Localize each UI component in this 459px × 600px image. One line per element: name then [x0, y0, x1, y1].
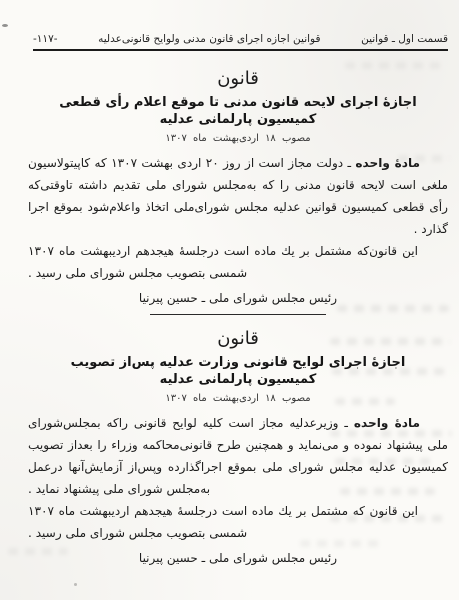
law-signature: رئیس مجلس شورای ملی ـ حسین پیرنیا — [28, 551, 448, 565]
scan-speck — [2, 24, 8, 27]
header-page-number: -۱۱۷- — [33, 33, 58, 45]
law-section-1: قانون اجازهٔ اجرای لایحه قانون مدنی تا م… — [28, 68, 448, 305]
law-signature: رئیس مجلس شورای ملی ـ حسین پیرنیا — [28, 291, 448, 305]
law-approval-date: مصوب ۱۸ اردی‌بهشت ماه ۱۳۰۷ — [28, 133, 448, 144]
law-kicker: قانون — [28, 68, 448, 89]
law-body-paragraph: مادهٔ واحده ـ دولت مجاز است از روز ۲۰ ار… — [28, 152, 448, 240]
law-body-paragraph: مادهٔ واحده ـ وزیرعدلیه مجاز است کلیه لو… — [28, 412, 448, 500]
law-closing-paragraph: این قانون‌که مشتمل بر یك ماده است درجلسه… — [28, 240, 448, 284]
law-closing-paragraph: این قانون که مشتمل بر یك ماده است درجلسه… — [28, 500, 448, 544]
page-body: قانون اجازهٔ اجرای لایحه قانون مدنی تا م… — [0, 55, 459, 565]
law-title-line2: کمیسیون پارلمانی عدلیه — [28, 371, 448, 388]
law-kicker: قانون — [28, 328, 448, 349]
scan-speck — [74, 583, 77, 586]
header-running-title: قوانین اجازه اجرای قانون مدنی ولوایح قان… — [98, 33, 320, 45]
article-lead: مادهٔ واحده — [354, 416, 420, 430]
law-approval-date: مصوب ۱۸ اردی‌بهشت ماه ۱۳۰۷ — [28, 393, 448, 404]
law-section-2: قانون اجازهٔ اجرای لوایح قانونی وزارت عد… — [28, 328, 448, 565]
law-title-line1: اجازهٔ اجرای لوایح قانونی وزارت عدلیه پس… — [28, 354, 448, 371]
section-divider — [150, 314, 326, 315]
law-title-line1: اجازهٔ اجرای لایحه قانون مدنی تا موقع اع… — [28, 94, 448, 111]
law-title-line2: کمیسیون پارلمانی عدلیه — [28, 111, 448, 128]
scanned-document-page: قسمت اول ـ قوانین قوانین اجازه اجرای قان… — [0, 0, 459, 600]
article-lead: مادهٔ واحده — [355, 156, 420, 170]
page-header: قسمت اول ـ قوانین قوانین اجازه اجرای قان… — [33, 33, 448, 51]
header-section-label: قسمت اول ـ قوانین — [361, 33, 448, 45]
